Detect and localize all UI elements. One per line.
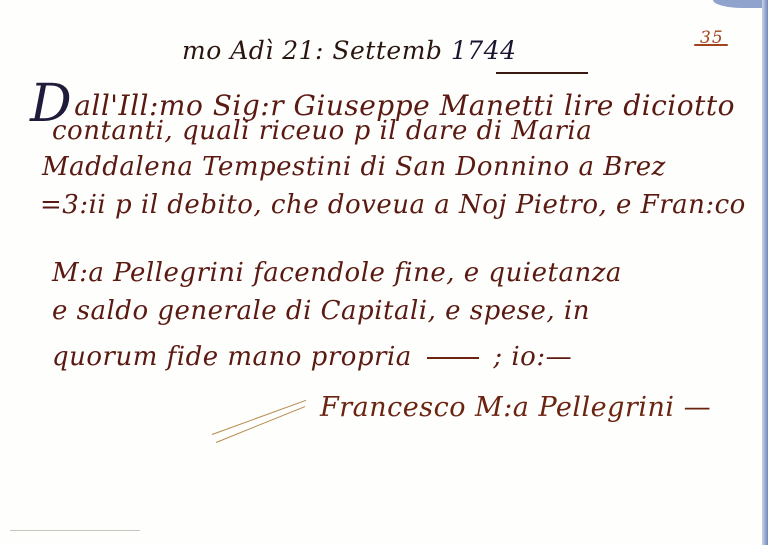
text-line-2: contanti, quali riceuo p il dare di Mari… xyxy=(52,116,592,146)
stray-pen-stroke xyxy=(10,530,140,531)
pen-flourish xyxy=(216,406,305,443)
ink-stain xyxy=(713,0,768,8)
date-year: 1744 xyxy=(451,36,517,65)
text-line-7-body: quorum fide mano propria xyxy=(52,342,412,372)
text-line-7: quorum fide mano propria ; io:— xyxy=(52,342,572,372)
text-line-4: =3:ii p il debito, che doveua a Noj Piet… xyxy=(40,190,746,220)
pen-flourish xyxy=(212,400,306,435)
text-line-6: e saldo generale di Capitali, e spese, i… xyxy=(52,296,590,326)
date-line: mo Adì 21: Settemb 1744 xyxy=(182,36,516,65)
manuscript-page: 35 mo Adì 21: Settemb 1744 Dall'Ill:mo S… xyxy=(0,0,768,545)
page-edge xyxy=(762,0,768,545)
folio-underline xyxy=(694,44,728,46)
signature: Francesco M:a Pellegrini — xyxy=(320,392,711,423)
date-prefix: mo Adì 21: Settemb xyxy=(182,36,442,65)
text-line-5: M:a Pellegrini facendole fine, e quietan… xyxy=(52,258,622,288)
signature-trailing: — xyxy=(684,392,712,423)
text-line-7-trailing: ; io:— xyxy=(493,342,572,372)
text-line-3: Maddalena Tempestini di San Donnino a Br… xyxy=(42,152,666,182)
line-filler-dash xyxy=(427,357,479,359)
signature-name: Francesco M:a Pellegrini xyxy=(320,392,675,423)
